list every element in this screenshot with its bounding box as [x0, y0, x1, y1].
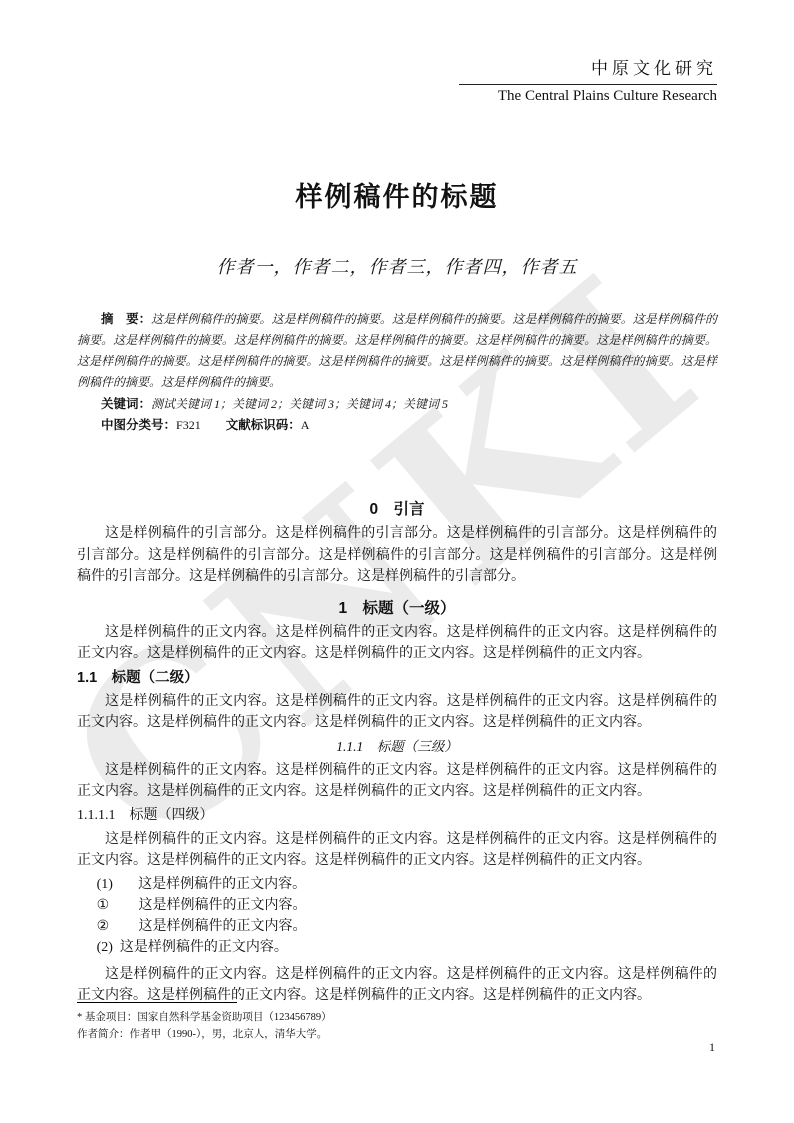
keywords-text: 测试关键词 1；关键词 2；关键词 3；关键词 4；关键词 5 — [151, 397, 448, 411]
list-text: 这是样例稿件的正文内容。 — [120, 940, 288, 955]
list-item: ①这是样例稿件的正文内容。 — [77, 895, 717, 916]
keywords-line: 关键词：测试关键词 1；关键词 2；关键词 3；关键词 4；关键词 5 — [77, 395, 717, 414]
footnote-fund: * 基金项目：国家自然科学基金资助项目（123456789） — [77, 1009, 717, 1026]
abstract-paragraph: 摘 要：这是样例稿件的摘要。这是样例稿件的摘要。这是样例稿件的摘要。这是样例稿件… — [77, 309, 717, 393]
list-marker: ① — [97, 898, 110, 913]
body-paragraph-2: 这是样例稿件的正文内容。这是样例稿件的正文内容。这是样例稿件的正文内容。这是样例… — [77, 691, 717, 734]
body-paragraph-1: 这是样例稿件的正文内容。这是样例稿件的正文内容。这是样例稿件的正文内容。这是样例… — [77, 622, 717, 665]
section-heading-level2: 1.1 标题（二级） — [77, 667, 717, 689]
list-text: 这是样例稿件的正文内容。 — [139, 919, 307, 934]
list-item: (1)这是样例稿件的正文内容。 — [77, 874, 717, 895]
list-marker: (2) — [97, 940, 113, 955]
clc-line: 中图分类号：F321文献标识码：A — [77, 416, 717, 435]
footnote-divider — [77, 1002, 237, 1003]
doc-code-value: A — [301, 418, 310, 432]
section-heading-intro: 0 引言 — [77, 499, 717, 521]
body-paragraph-3: 这是样例稿件的正文内容。这是样例稿件的正文内容。这是样例稿件的正文内容。这是样例… — [77, 760, 717, 803]
section-heading-level1: 1 标题（一级） — [77, 598, 717, 620]
abstract-label: 摘 要： — [101, 312, 151, 326]
section-heading-level3: 1.1.1 标题（三级） — [77, 736, 717, 758]
intro-paragraph: 这是样例稿件的引言部分。这是样例稿件的引言部分。这是样例稿件的引言部分。这是样例… — [77, 523, 717, 588]
body-paragraph-4: 这是样例稿件的正文内容。这是样例稿件的正文内容。这是样例稿件的正文内容。这是样例… — [77, 829, 717, 872]
list-text: 这是样例稿件的正文内容。 — [138, 877, 306, 892]
footnote-area: * 基金项目：国家自然科学基金资助项目（123456789） 作者简介：作者甲（… — [77, 1002, 717, 1043]
article-title: 样例稿件的标题 — [77, 181, 717, 213]
clc-value: F321 — [176, 418, 201, 432]
doc-code-label: 文献标识码： — [226, 418, 301, 432]
section-heading-level4: 1.1.1.1 标题（四级） — [77, 805, 717, 827]
journal-title-en: The Central Plains Culture Research — [77, 87, 717, 105]
list-marker: ② — [97, 919, 110, 934]
list-marker: (1) — [97, 877, 113, 892]
clc-label: 中图分类号： — [101, 418, 176, 432]
list-text: 这是样例稿件的正文内容。 — [139, 898, 307, 913]
abstract-text: 这是样例稿件的摘要。这是样例稿件的摘要。这是样例稿件的摘要。这是样例稿件的摘要。… — [77, 312, 717, 389]
body-paragraph-closing: 这是样例稿件的正文内容。这是样例稿件的正文内容。这是样例稿件的正文内容。这是样例… — [77, 964, 717, 1006]
footnote-bio: 作者简介：作者甲（1990-），男，北京人，清华大学。 — [77, 1026, 717, 1043]
page-number: 1 — [709, 1040, 715, 1055]
list-item: (2)这是样例稿件的正文内容。 — [77, 937, 717, 958]
journal-header: 中原文化研究 The Central Plains Culture Resear… — [77, 58, 717, 105]
list-item: ②这是样例稿件的正文内容。 — [77, 916, 717, 937]
keywords-label: 关键词： — [101, 397, 151, 411]
header-divider — [459, 84, 717, 85]
document-page: CNKI 中原文化研究 The Central Plains Culture R… — [0, 0, 794, 1123]
journal-title-cn: 中原文化研究 — [77, 58, 717, 80]
author-list: 作者一，作者二，作者三，作者四，作者五 — [77, 255, 717, 279]
page-content: 中原文化研究 The Central Plains Culture Resear… — [0, 58, 794, 1006]
